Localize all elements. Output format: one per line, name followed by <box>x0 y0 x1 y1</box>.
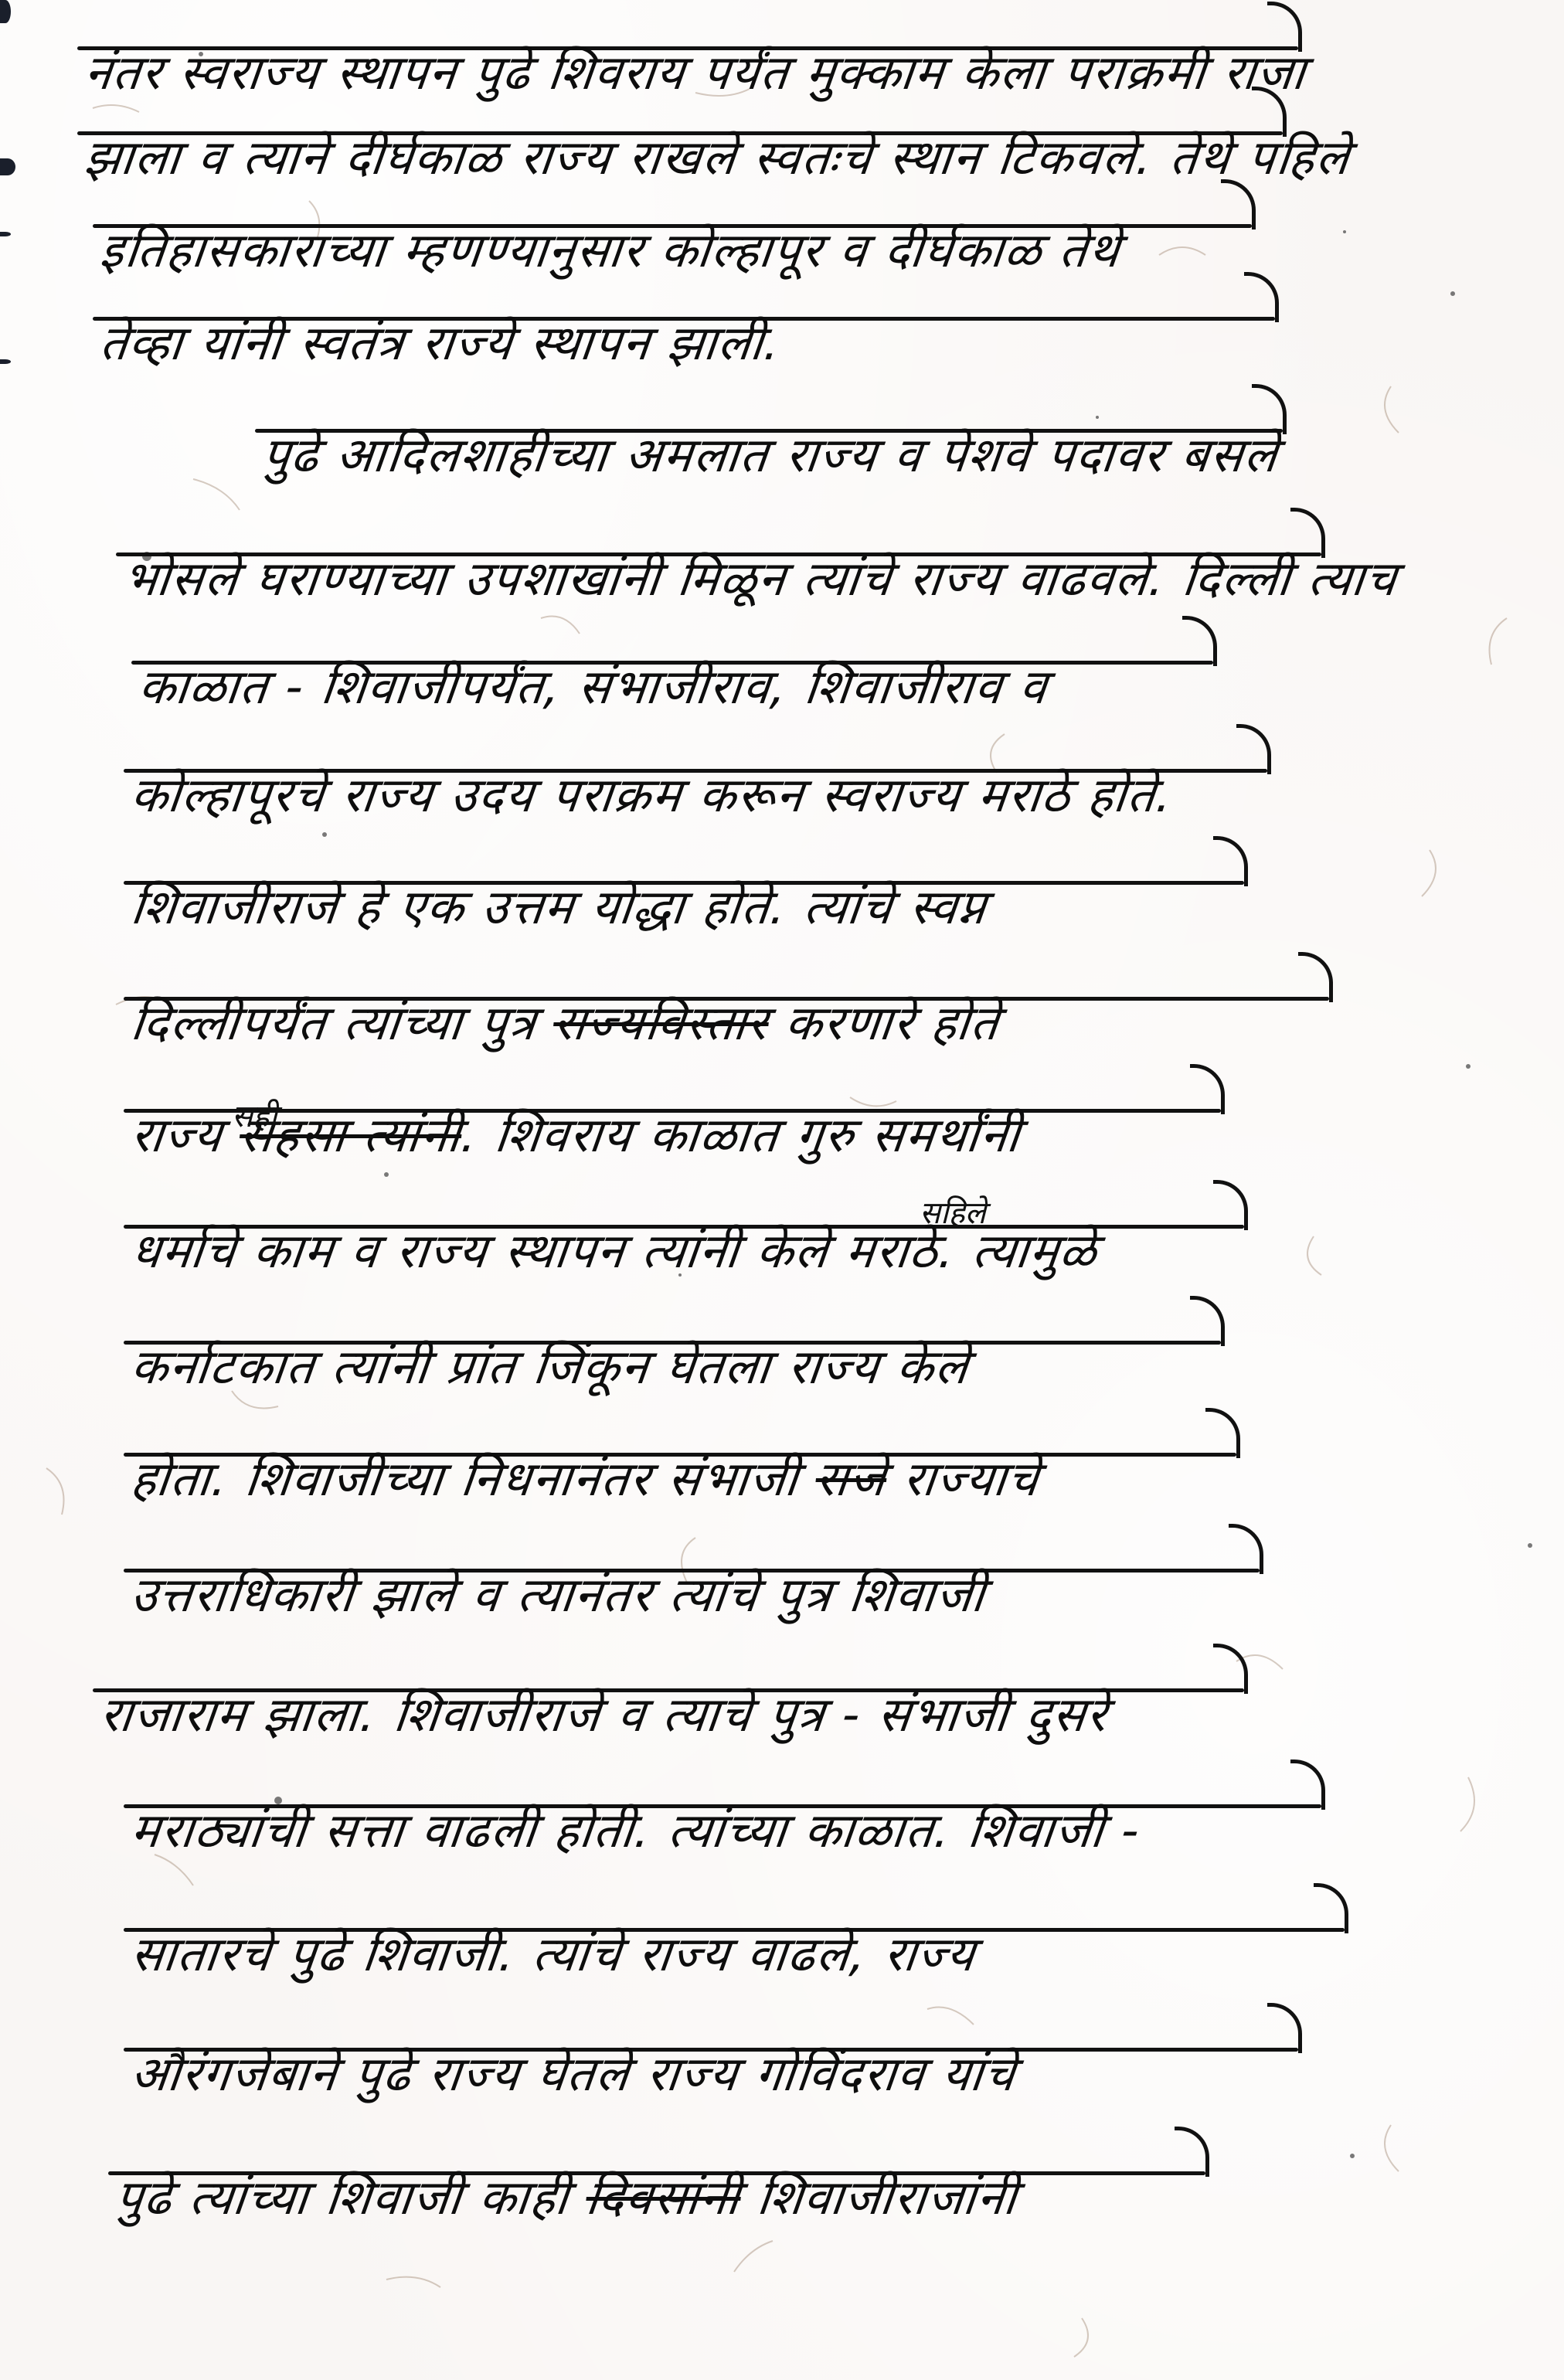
line-text: शिवाजीराजे हे एक उत्तम योद्धा होते. त्या… <box>128 873 991 938</box>
line-end-flourish <box>1229 1524 1263 1574</box>
line-text: राजाराम झाला. शिवाजीराजे व त्याचे पुत्र … <box>97 1681 1112 1746</box>
line-text: मराठ्यांची सत्ता वाढली होती. त्यांच्या क… <box>128 1797 1144 1861</box>
line-end-flourish <box>1175 2127 1209 2177</box>
manuscript-line: कोल्हापूरचे राज्य उदय पराक्रम करून स्वरा… <box>124 769 1267 854</box>
manuscript-line: सातारचे पुढे शिवाजी. त्यांचे राज्य वाढले… <box>124 1928 1345 2013</box>
line-text: सातारचे पुढे शिवाजी. त्यांचे राज्य वाढले… <box>128 1920 980 1985</box>
line-end-flourish <box>1298 952 1333 1002</box>
left-edge-ink-mark <box>0 0 11 23</box>
line-end-flourish <box>1314 1883 1348 1933</box>
line-text: भोसले घराण्याच्या उपशाखांनी मिळून त्यांच… <box>121 545 1402 610</box>
line-text: कोल्हापूरचे राज्य उदय पराक्रम करून स्वरा… <box>128 761 1177 826</box>
line-text: उत्तराधिकारी झाले व त्यानंतर त्यांचे पुत… <box>128 1561 990 1626</box>
line-text: दिल्लीपर्यंत त्यांच्या पुत्र राज्यविस्ता… <box>128 989 1004 1054</box>
line-text: औरंगजेबाने पुढे राज्य घेतले राज्य गोविंद… <box>128 2040 1020 2105</box>
manuscript-line: होता. शिवाजीच्या निधनानंतर संभाजी राजे र… <box>124 1453 1236 1538</box>
line-text: होता. शिवाजीच्या निधनानंतर संभाजी राजे र… <box>128 1445 1043 1510</box>
manuscript-line: नंतर स्वराज्य स्थापन पुढे शिवराय पर्यंत … <box>77 46 1298 131</box>
struck-text: राजे <box>813 1450 889 1507</box>
left-edge-ink-mark <box>0 232 11 236</box>
interlinear-insertion: सहिले <box>920 1190 986 1232</box>
manuscript-line: धर्माचे काम व राज्य स्थापन त्यांनी केले … <box>124 1225 1244 1310</box>
line-text: पुढे त्यांच्या शिवाजी काही दिवसांनी शिवा… <box>113 2164 1022 2229</box>
line-end-flourish <box>1290 1759 1325 1810</box>
manuscript-line: कर्नाटकात त्यांनी प्रांत जिंकून घेतला रा… <box>124 1341 1221 1426</box>
line-text: इतिहासकाराच्या म्हणण्यानुसार कोल्हापूर व… <box>97 216 1124 281</box>
manuscript-line: इतिहासकाराच्या म्हणण्यानुसार कोल्हापूर व… <box>93 224 1252 309</box>
manuscript-line: पुढे त्यांच्या शिवाजी काही दिवसांनी शिवा… <box>108 2171 1205 2256</box>
manuscript-line: औरंगजेबाने पुढे राज्य घेतले राज्य गोविंद… <box>124 2048 1298 2133</box>
line-text: पुढे आदिलशाहीच्या अमलात राज्य व पेशवे पद… <box>260 421 1282 486</box>
manuscript-line: राज्य सहसा त्यांनी. शिवराय काळात गुरु सम… <box>124 1109 1221 1194</box>
line-text: कर्नाटकात त्यांनी प्रांत जिंकून घेतला रा… <box>128 1333 973 1398</box>
line-text: झाला व त्याने दीर्घकाळ राज्य राखले स्वतः… <box>82 124 1354 189</box>
manuscript-line: शिवाजीराजे हे एक उत्तम योद्धा होते. त्या… <box>124 881 1244 966</box>
manuscript-line: मराठ्यांची सत्ता वाढली होती. त्यांच्या क… <box>124 1804 1321 1889</box>
manuscript-line: झाला व त्याने दीर्घकाळ राज्य राखले स्वतः… <box>77 131 1283 216</box>
interlinear-insertion: सही <box>232 1093 277 1136</box>
line-end-flourish <box>1236 724 1271 774</box>
manuscript-line: उत्तराधिकारी झाले व त्यानंतर त्यांचे पुत… <box>124 1569 1260 1654</box>
manuscript-line: राजाराम झाला. शिवाजीराजे व त्याचे पुत्र … <box>93 1688 1244 1773</box>
left-edge-ink-mark <box>0 359 11 364</box>
manuscript-paper: नंतर स्वराज्य स्थापन पुढे शिवराय पर्यंत … <box>0 0 1564 2380</box>
struck-text: राज्यविस्तार <box>551 994 772 1051</box>
line-end-flourish <box>1205 1408 1240 1458</box>
left-edge-ink-mark <box>0 158 15 175</box>
line-end-flourish <box>1213 1180 1248 1230</box>
manuscript-line: भोसले घराण्याच्या उपशाखांनी मिळून त्यांच… <box>116 552 1321 637</box>
manuscript-line: पुढे आदिलशाहीच्या अमलात राज्य व पेशवे पद… <box>255 429 1283 514</box>
struck-text: दिवसांनी <box>583 2169 744 2225</box>
line-end-flourish <box>1244 272 1279 322</box>
manuscript-line: तेव्हा यांनी स्वतंत्र राज्ये स्थापन झाली… <box>93 317 1275 402</box>
manuscript-line: काळात - शिवाजीपर्यंत, संभाजीराव, शिवाजीर… <box>131 661 1213 746</box>
line-text: तेव्हा यांनी स्वतंत्र राज्ये स्थापन झाली… <box>97 309 785 374</box>
line-text: नंतर स्वराज्य स्थापन पुढे शिवराय पर्यंत … <box>82 39 1311 104</box>
line-text: काळात - शिवाजीपर्यंत, संभाजीराव, शिवाजीर… <box>136 653 1052 718</box>
manuscript-line: दिल्लीपर्यंत त्यांच्या पुत्र राज्यविस्ता… <box>124 997 1329 1082</box>
